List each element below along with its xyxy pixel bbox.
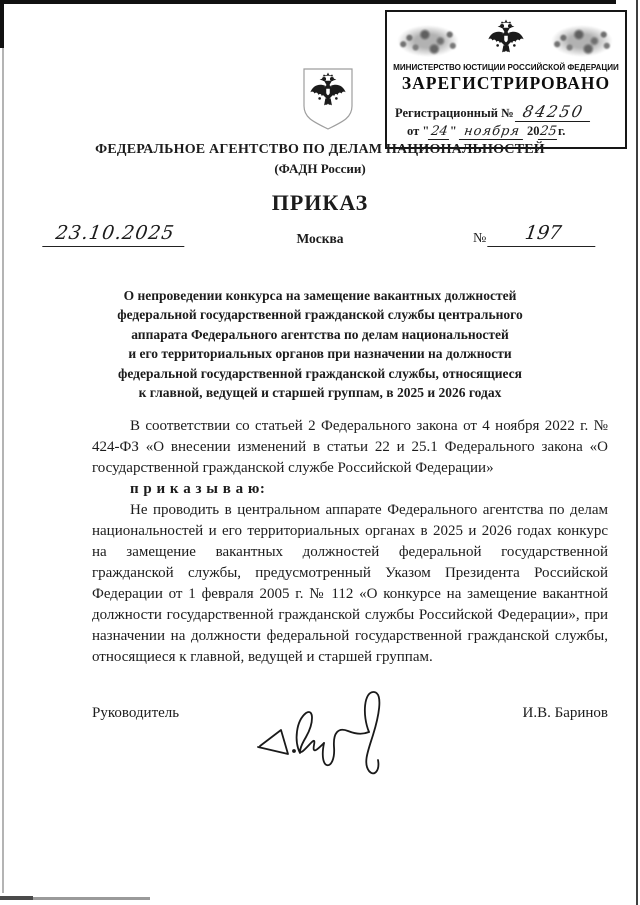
document-type-title: ПРИКАЗ <box>30 190 610 216</box>
agency-emblem-shield-eagle-icon <box>299 66 357 132</box>
stamp-reg-label: Регистрационный № <box>395 106 514 120</box>
order-title: О непроведении конкурса на замещение вак… <box>30 286 610 402</box>
order-body: В соответствии со статьей 2 Федерального… <box>92 416 608 668</box>
stamp-year-handwritten: 25 <box>538 124 559 140</box>
order-title-line: к главной, ведущей и старшей группам, в … <box>30 383 610 402</box>
body-paragraph-preamble: В соответствии со статьей 2 Федерального… <box>92 416 608 479</box>
order-title-line: О непроведении конкурса на замещение вак… <box>30 286 610 305</box>
stamp-emblem-row <box>387 17 625 61</box>
order-title-line: федеральной государственной гражданской … <box>30 305 610 324</box>
stamp-registered-word: ЗАРЕГИСТРИРОВАНО <box>387 73 625 94</box>
agency-name: ФЕДЕРАЛЬНОЕ АГЕНТСТВО ПО ДЕЛАМ НАЦИОНАЛЬ… <box>30 142 610 158</box>
signer-name: И.В. Баринов <box>408 705 608 722</box>
stamp-reg-number-handwritten: 84250 <box>515 102 594 122</box>
stamp-ministry-line: МИНИСТЕРСТВО ЮСТИЦИИ РОССИЙСКОЙ ФЕДЕРАЦИ… <box>393 62 619 72</box>
order-number-handwritten: 197 <box>487 222 599 247</box>
stamp-from-label: от <box>407 124 419 138</box>
double-headed-eagle-icon <box>484 19 528 63</box>
order-title-line: и его территориальных органов при назнач… <box>30 344 610 363</box>
scanned-order-page: МИНИСТЕРСТВО ЮСТИЦИИ РОССИЙСКОЙ ФЕДЕРАЦИ… <box>0 0 640 905</box>
stamp-registration-number-line: Регистрационный № 84250 <box>395 102 621 122</box>
decree-word: п р и к а з ы в а ю: <box>92 479 608 500</box>
stamp-date-line: от "24" ноября 2025г. <box>407 124 617 140</box>
signer-position-title: Руководитель <box>92 705 179 722</box>
scan-edge-right <box>636 0 638 905</box>
justice-ministry-registration-stamp: МИНИСТЕРСТВО ЮСТИЦИИ РОССИЙСКОЙ ФЕДЕРАЦИ… <box>385 10 627 149</box>
scan-edge-left-dark <box>0 0 4 48</box>
stamp-smudge-right <box>551 25 613 57</box>
stamp-smudge-left <box>397 25 459 57</box>
scan-edge-bottom-dark <box>0 896 33 900</box>
agency-short-name: (ФАДН России) <box>30 161 610 177</box>
stamp-month-handwritten: ноября <box>459 124 525 140</box>
order-title-line: федеральной государственной гражданской … <box>30 364 610 383</box>
stamp-day-handwritten: 24 <box>428 124 451 140</box>
scan-edge-bottom-gray <box>33 897 150 900</box>
signature-scribble <box>248 682 408 784</box>
number-sign: № <box>473 231 486 247</box>
body-paragraph-resolution: Не проводить в центральном аппарате Феде… <box>92 500 608 668</box>
scan-edge-left-gray <box>2 48 4 893</box>
order-title-line: аппарата Федерального агентства по делам… <box>30 325 610 344</box>
stamp-year-suffix: г. <box>558 124 565 138</box>
stamp-quote-close: " <box>450 124 457 138</box>
scan-edge-top <box>0 0 616 4</box>
